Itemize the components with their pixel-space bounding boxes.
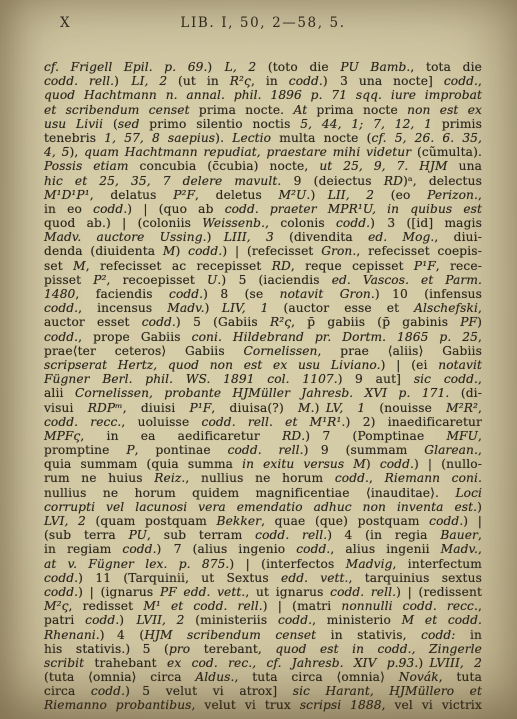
text-line: denda (diuidenta M) codd.) | (refecisset…	[44, 244, 482, 258]
text-line: quia summam (quia summa in exitu versus …	[44, 457, 482, 471]
text-line: in eo codd.) | (quo ab codd. praeter MPR…	[44, 202, 482, 216]
text-line: pisset P², recoepisset U.) 5 (iaciendis …	[44, 273, 482, 287]
text-line: nullius ne horum quidem magnificentiae ⟨…	[44, 486, 482, 500]
text-line: auctor esset codd.) 5 (Gabiis R²ς, p̄ ga…	[44, 315, 482, 329]
text-line: at v. Fügner lex. p. 875.) | (interfecto…	[44, 557, 482, 571]
text-line: quod ab.) | (coloniis Weissenb., colonis…	[44, 216, 482, 230]
page-header: X LIB. I, 50, 2—58, 5.	[0, 0, 517, 60]
text-line: corrupti vel lacunosi vera emendatio adh…	[44, 500, 482, 514]
text-line: set M, refecisset ac recepisset RD, requ…	[44, 259, 482, 273]
text-line: quod Hachtmann n. annal. phil. 1896 p. 7…	[44, 88, 482, 102]
book-page: X LIB. I, 50, 2—58, 5. cf. Frigell Epil.…	[0, 0, 517, 719]
text-line: tenebris 1, 57, 8 saepius). Lectio multa…	[44, 131, 482, 145]
text-line: Madv. auctore Ussing.) LIII, 3 (divendit…	[44, 230, 482, 244]
text-line: patri codd.) LVII, 2 (ministeriis codd.,…	[44, 613, 482, 627]
text-line: codd., prope Gabiis coni. Hildebrand pr.…	[44, 330, 482, 344]
text-line: M²ς, redisset M¹ et codd. rell.) | (matr…	[44, 599, 482, 613]
text-line: 1480, faciendis codd.) 8 (se notavit Gro…	[44, 287, 482, 301]
text-line: codd., incensus Madv.) LIV, 1 (auctor es…	[44, 301, 482, 315]
text-line: (tuta ⟨omnia⟩ circa Aldus., tuta circa ⟨…	[44, 670, 482, 684]
text-line: 4, 5), quam Hachtmann repudiat, praestar…	[44, 145, 482, 159]
text-line: Rhenani.) 4 (HJM scribendum censet in st…	[44, 628, 482, 642]
apparatus-text-block: cf. Frigell Epil. p. 69.) L, 2 (toto die…	[44, 60, 482, 713]
text-line: usu Livii (sed primo silentio noctis 5, …	[44, 117, 482, 131]
text-line: scribit trahebant ex cod. rec., cf. Jahr…	[44, 656, 482, 670]
text-line: Possis etiam concubia (c̄cubia) nocte, u…	[44, 159, 482, 173]
text-line: in regiam codd.) 7 (alius ingenio codd.,…	[44, 542, 482, 556]
text-line: prae⟨ter ceteros⟩ Gabiis Cornelissen, pr…	[44, 344, 482, 358]
running-title: LIB. I, 50, 2—58, 5.	[44, 15, 482, 31]
text-line: codd.) | (ignarus PF edd. vett., ut igna…	[44, 585, 482, 599]
text-line: his stativis.) 5 (pro terebant, quod est…	[44, 642, 482, 656]
text-line: Fügner Berl. phil. WS. 1891 col. 1107.) …	[44, 372, 482, 386]
text-line: visui RDPᵐ, diuisi P¹F, diuisa(?) M.) LV…	[44, 401, 482, 415]
text-line: cf. Frigell Epil. p. 69.) L, 2 (toto die…	[44, 60, 482, 74]
text-line: et scribendum censet prima nocte. At pri…	[44, 103, 482, 117]
text-line: M¹D¹P¹, delatus P²F, deletus M²U.) LII, …	[44, 188, 482, 202]
text-line: codd. recc., uoluisse codd. rell. et M¹R…	[44, 415, 482, 429]
text-line: hic et 25, 35, 7 delere mavult. 9 (deiec…	[44, 174, 482, 188]
text-line: rum ne huius Reiz., nullius ne horum cod…	[44, 471, 482, 485]
text-line: promptine P, pontinae codd. rell.) 9 (su…	[44, 443, 482, 457]
text-line: (sub terra PU, sub terram codd. rell.) 4…	[44, 528, 482, 542]
text-line: LVI, 2 (quam postquam Bekker, quae (que)…	[44, 514, 482, 528]
text-line: codd.) 11 (Tarquinii, ut Sextus edd. vet…	[44, 571, 482, 585]
text-line: MPFς, in ea aedificaretur RD.) 7 (Pompti…	[44, 429, 482, 443]
text-line: scripserat Hertz, quod non est ex usu Li…	[44, 358, 482, 372]
text-line: Riemanno probantibus, velut vi trux scri…	[44, 698, 482, 712]
text-line: alii Cornelissen, probante HJMüller Jahr…	[44, 386, 482, 400]
text-line: codd. rell.) LI, 2 (ut in R²ς, in codd.)…	[44, 74, 482, 88]
text-line: circa codd.) 5 velut vi atrox] sic Haran…	[44, 684, 482, 698]
